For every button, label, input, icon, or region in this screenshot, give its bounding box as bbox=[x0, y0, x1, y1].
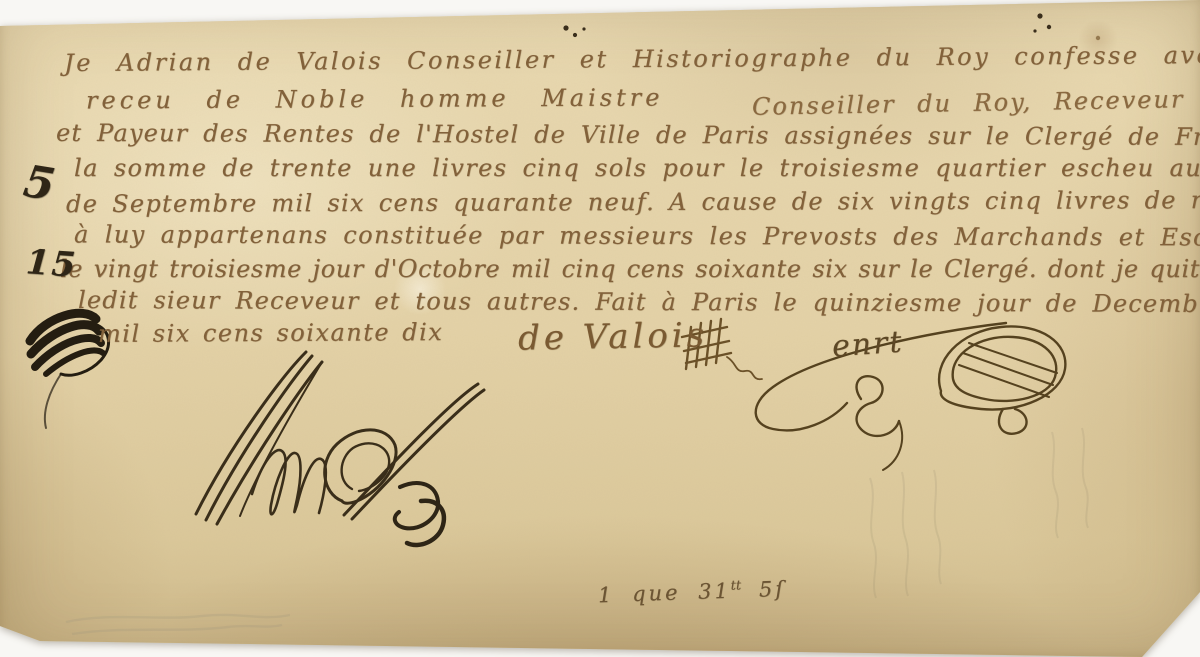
paper-shadow: Je Adrian de Valois Conseiller et Histor… bbox=[0, 0, 1200, 657]
manuscript-line: le vingt troisiesme jour d'Octobre mil c… bbox=[60, 254, 1200, 284]
manuscript-line: la somme de trente une livres cinq sols … bbox=[74, 153, 1200, 183]
manuscript-line: mil six cens soixante dix bbox=[98, 317, 443, 349]
manuscript-line: ledit sieur Receveur et tous autres. Fai… bbox=[78, 285, 1200, 319]
countersignature-text: enrt bbox=[831, 328, 904, 363]
parchment-sheet: Je Adrian de Valois Conseiller et Histor… bbox=[0, 0, 1200, 657]
manuscript-line: et Payeur des Rentes de l'Hostel de Vill… bbox=[56, 118, 1200, 152]
devalois-signature: de Valois bbox=[518, 320, 709, 353]
manuscript-line: receu de Noble homme Maistre bbox=[86, 82, 664, 115]
margin-mark-bottom: 15 bbox=[25, 242, 79, 285]
manuscript-line: de Septembre mil six cens quarante neuf.… bbox=[66, 185, 1200, 219]
docket-prefix: 1 que 31 bbox=[598, 579, 732, 608]
scanned-manuscript: Je Adrian de Valois Conseiller et Histor… bbox=[0, 0, 1200, 657]
manuscript-line: à luy appartenans constituée par messieu… bbox=[74, 219, 1200, 252]
docket-suffix: 5ſ bbox=[741, 577, 787, 603]
